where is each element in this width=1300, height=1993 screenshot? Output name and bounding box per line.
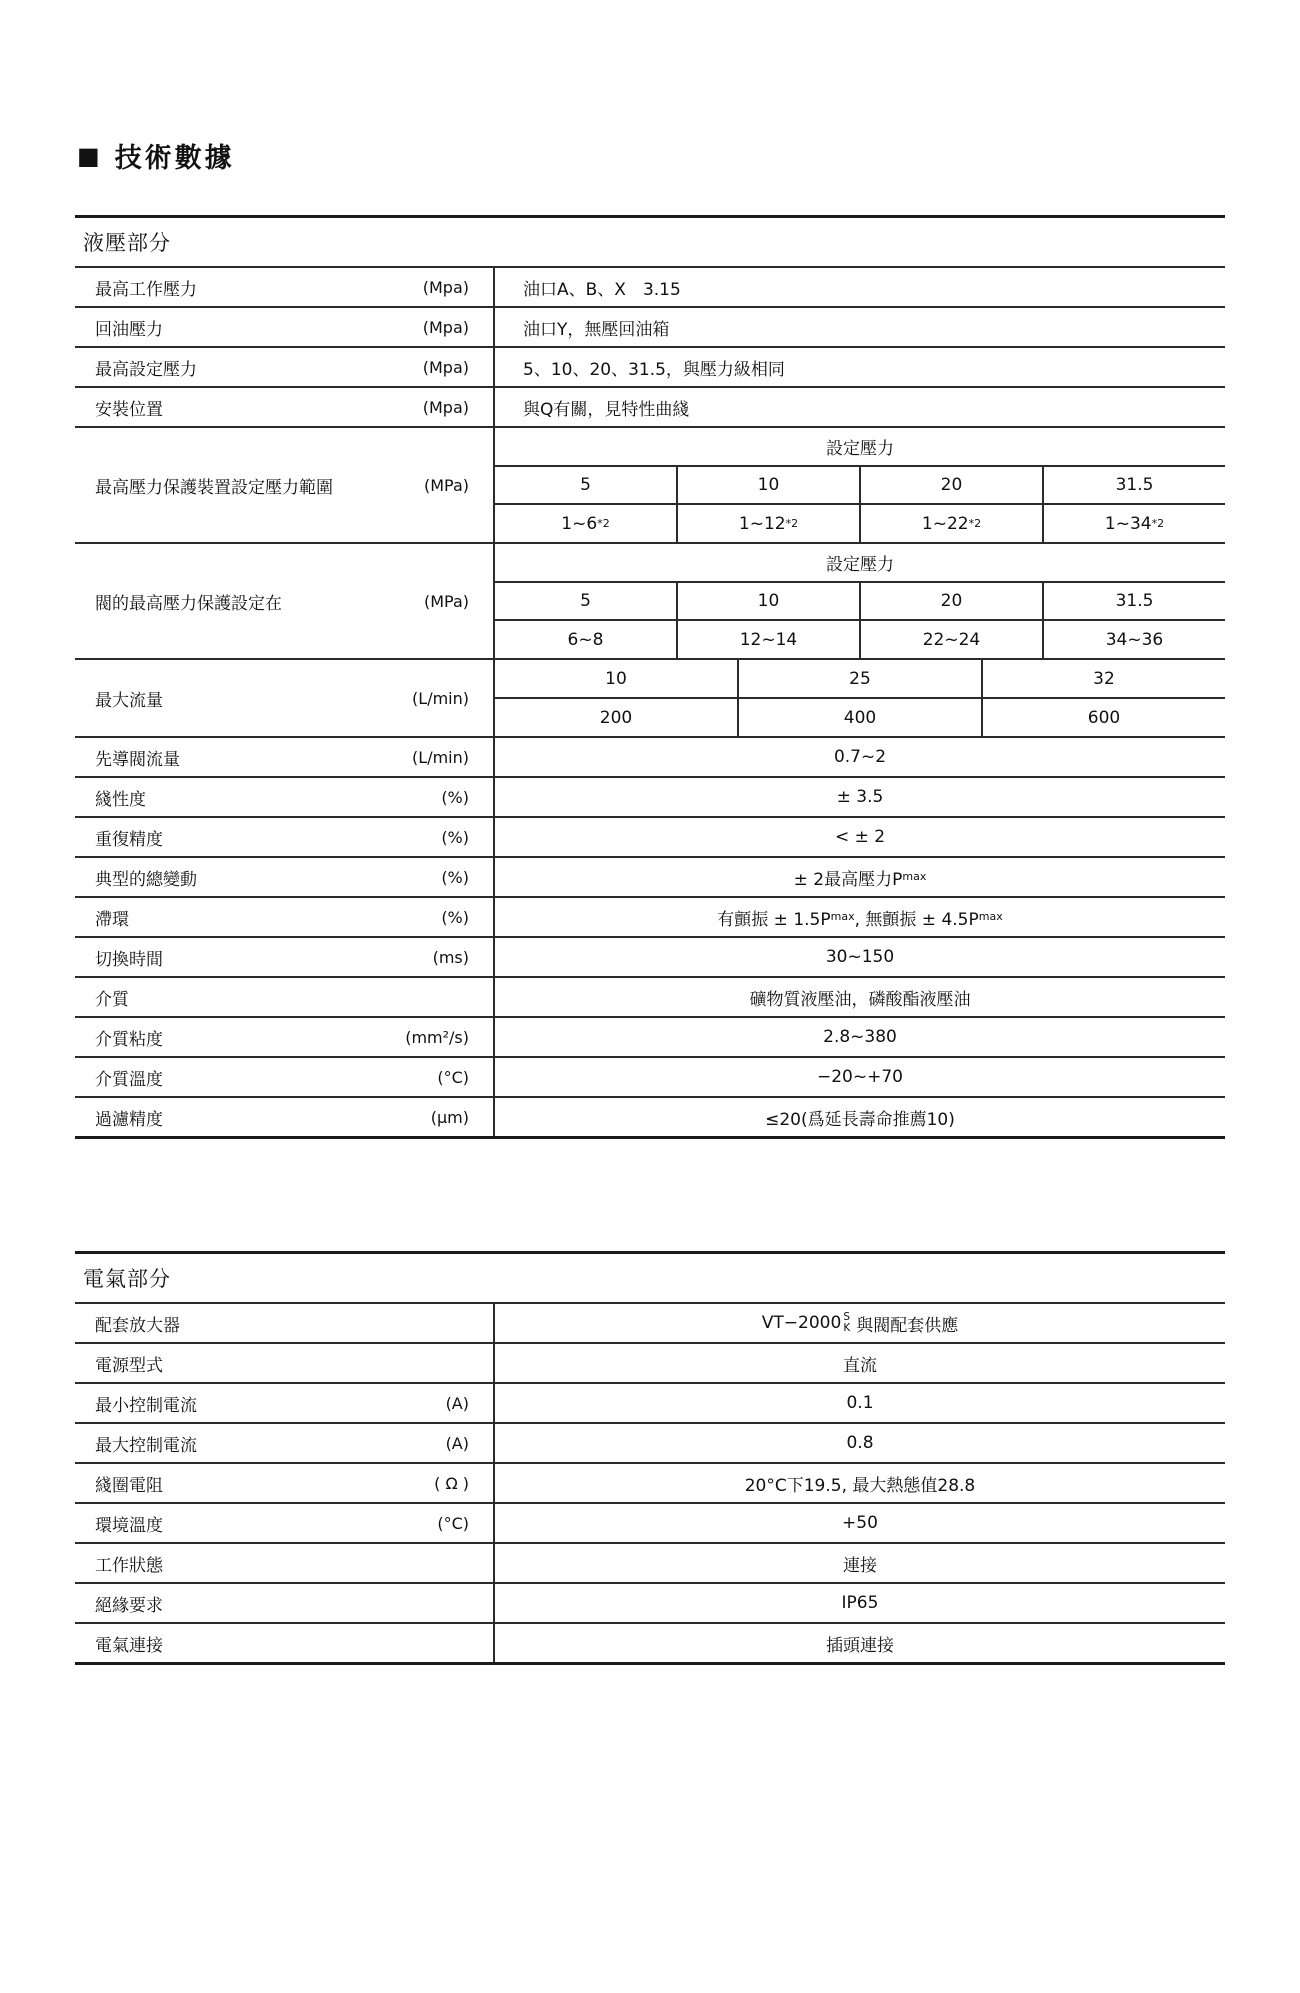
spec-row: 絕緣要求 IP65 — [75, 1584, 1225, 1624]
row-unit: (°C) — [437, 1514, 469, 1533]
range-base: 1~12 — [739, 514, 786, 534]
row-label-cell: 配套放大器 — [75, 1304, 495, 1342]
model-suffix-stack: SK — [843, 1312, 850, 1334]
spec-row: 最大控制電流 (A) 0.8 — [75, 1424, 1225, 1464]
row-label-cell: 過濾精度 (μm) — [75, 1098, 495, 1136]
valve-max-value: 6~8 — [495, 621, 678, 658]
row-label: 最大流量 — [95, 686, 163, 711]
row-label-cell: 安裝位置 (Mpa) — [75, 388, 495, 426]
max-flow-row: 最大流量 (L/min) 10 25 32 — [75, 660, 1225, 738]
row-unit: (MPa) — [424, 476, 469, 495]
spec-row: 綫圈電阻 ( Ω ) 20°C下19.5, 最大熱態值28.8 — [75, 1464, 1225, 1504]
pressure-grade-value: 10 — [678, 467, 861, 504]
spec-row: 切換時間 (ms) 30~150 — [75, 938, 1225, 978]
row-label: 絕緣要求 — [95, 1591, 163, 1616]
row-value: < ± 2 — [495, 818, 1225, 856]
row-label: 先導閥流量 — [95, 745, 180, 770]
row-label: 最小控制電流 — [95, 1391, 197, 1416]
hysteresis-with-dither: 有顫振 ± 1.5P — [717, 905, 830, 930]
spec-row: 介質粘度 (mm²/s) 2.8~380 — [75, 1018, 1225, 1058]
datasheet-page: ■ 技術數據 液壓部分 最高工作壓力 (Mpa) 油口A、B、X 3.15 回油… — [75, 136, 1225, 1665]
row-label: 滯環 — [95, 905, 129, 930]
pressure-range-value: 1~6*2 — [495, 505, 678, 542]
spec-row: 介質溫度 (°C) −20~+70 — [75, 1058, 1225, 1098]
row-value: 20°C下19.5, 最大熱態值28.8 — [495, 1464, 1225, 1502]
pressure-range-value: 1~22*2 — [861, 505, 1044, 542]
row-label: 綫性度 — [95, 785, 146, 810]
row-value: +50 — [495, 1504, 1225, 1542]
row-value: ≤20(爲延長壽命推薦10) — [495, 1098, 1225, 1136]
row-label: 最高工作壓力 — [95, 275, 197, 300]
hysteresis-row: 滯環 (%) 有顫振 ± 1.5Pmax, 無顫振 ± 4.5Pmax — [75, 898, 1225, 938]
row-label-cell: 回油壓力 (Mpa) — [75, 308, 495, 346]
page-title-text: 技術數據 — [115, 136, 235, 175]
pressure-grade-value: 5 — [495, 467, 678, 504]
row-label-cell: 介質粘度 (mm²/s) — [75, 1018, 495, 1056]
row-unit: (Mpa) — [423, 318, 469, 337]
pressure-range-subtable: 設定壓力 5 10 20 31.5 — [495, 428, 1225, 542]
spec-row: 介質 礦物質液壓油，磷酸酯液壓油 — [75, 978, 1225, 1018]
hysteresis-group: 滯環 (%) 有顫振 ± 1.5Pmax, 無顫振 ± 4.5Pmax — [75, 898, 1225, 938]
row-value: −20~+70 — [495, 1058, 1225, 1096]
row-label-cell: 最大流量 (L/min) — [75, 660, 495, 736]
row-label-cell: 環境溫度 (°C) — [75, 1504, 495, 1542]
pressure-grade-columns: 5 10 20 31.5 — [495, 467, 1225, 506]
valve-max-group: 閥的最高壓力保護設定在 (MPa) 設定壓力 5 10 20 3 — [75, 544, 1225, 660]
row-label: 介質溫度 — [95, 1065, 163, 1090]
flow-size-value: 25 — [739, 660, 983, 697]
pressure-range-group: 最高壓力保護裝置設定壓力範圍 (MPa) 設定壓力 5 10 20 — [75, 428, 1225, 544]
spec-row: 電氣連接 插頭連接 — [75, 1624, 1225, 1662]
amplifier-row: 配套放大器 VT−2000SK與閥配套供應 — [75, 1304, 1225, 1344]
row-label: 安裝位置 — [95, 395, 163, 420]
row-value: 油口Y，無壓回油箱 — [495, 308, 1225, 346]
row-label-cell: 典型的總變動 (%) — [75, 858, 495, 896]
row-label: 回油壓力 — [95, 315, 163, 340]
spec-row: 最小控制電流 (A) 0.1 — [75, 1384, 1225, 1424]
row-value: 連接 — [495, 1544, 1225, 1582]
electric-table: 電氣部分 配套放大器 VT−2000SK與閥配套供應 電源型式 — [75, 1251, 1225, 1665]
valve-max-value: 34~36 — [1044, 621, 1225, 658]
row-unit: (μm) — [431, 1108, 469, 1127]
spec-row: 環境溫度 (°C) +50 — [75, 1504, 1225, 1544]
hydraulic-tail-rows: 切換時間 (ms) 30~150 介質 礦物質液壓油，磷酸酯液壓油 介質粘 — [75, 938, 1225, 1136]
row-unit: (Mpa) — [423, 278, 469, 297]
row-label-cell: 介質 — [75, 978, 495, 1016]
pressure-grade-value: 31.5 — [1044, 467, 1225, 504]
row-value: VT−2000SK與閥配套供應 — [495, 1304, 1225, 1342]
model-sub: K — [843, 1323, 850, 1334]
row-value: ± 2最高壓力Pmax — [495, 858, 1225, 896]
spec-row: 電源型式 直流 — [75, 1344, 1225, 1384]
spec-row: 先導閥流量 (L/min) 0.7~2 — [75, 738, 1225, 778]
row-label-cell: 電氣連接 — [75, 1624, 495, 1662]
row-label-cell: 重復精度 (%) — [75, 818, 495, 856]
row-value: 30~150 — [495, 938, 1225, 976]
row-unit: ( Ω ) — [434, 1474, 469, 1493]
hysteresis-without-dither: , 無顫振 ± 4.5P — [855, 905, 979, 930]
spec-row: 安裝位置 (Mpa) 與Q有關，見特性曲綫 — [75, 388, 1225, 428]
electric-rows: 電源型式 直流 最小控制電流 (A) 0.1 最大控制電流 — [75, 1344, 1225, 1662]
row-label: 過濾精度 — [95, 1105, 163, 1130]
row-unit: (%) — [441, 868, 469, 887]
spec-row: 工作狀態 連接 — [75, 1544, 1225, 1584]
row-value: 油口A、B、X 3.15 — [495, 268, 1225, 306]
row-label: 工作狀態 — [95, 1551, 163, 1576]
pressure-grade-value: 5 — [495, 583, 678, 620]
row-value: 2.8~380 — [495, 1018, 1225, 1056]
flow-size-value: 32 — [983, 660, 1225, 697]
row-value: 直流 — [495, 1344, 1225, 1382]
valve-max-value: 12~14 — [678, 621, 861, 658]
row-unit: (%) — [441, 828, 469, 847]
row-label-cell: 綫性度 (%) — [75, 778, 495, 816]
row-label: 介質 — [95, 985, 129, 1010]
amplifier-group: 配套放大器 VT−2000SK與閥配套供應 — [75, 1304, 1225, 1344]
row-label-cell: 介質溫度 (°C) — [75, 1058, 495, 1096]
row-unit: (L/min) — [412, 689, 469, 708]
valve-max-subtable: 設定壓力 5 10 20 31.5 — [495, 544, 1225, 658]
pressure-range-value: 1~12*2 — [678, 505, 861, 542]
row-label: 閥的最高壓力保護設定在 — [95, 589, 282, 614]
row-value: 插頭連接 — [495, 1624, 1225, 1662]
valve-max-protection-row: 閥的最高壓力保護設定在 (MPa) 設定壓力 5 10 20 3 — [75, 544, 1225, 660]
amplifier-model: VT−2000 — [762, 1313, 842, 1333]
variation-group: 典型的總變動 (%) ± 2最高壓力Pmax — [75, 858, 1225, 898]
row-label-cell: 最高壓力保護裝置設定壓力範圍 (MPa) — [75, 428, 495, 542]
row-label: 最高設定壓力 — [95, 355, 197, 380]
spec-row: 最高設定壓力 (Mpa) 5、10、20、31.5，與壓力級相同 — [75, 348, 1225, 388]
pressure-grade-value: 31.5 — [1044, 583, 1225, 620]
pressure-grade-columns: 5 10 20 31.5 — [495, 583, 1225, 622]
max-flow-group: 最大流量 (L/min) 10 25 32 — [75, 660, 1225, 738]
set-pressure-header: 設定壓力 — [495, 428, 1225, 467]
flow-rate-columns: 200 400 600 — [495, 699, 1225, 736]
row-unit: (A) — [446, 1434, 469, 1453]
row-unit: (ms) — [433, 948, 469, 967]
hydraulic-mid-rows: 先導閥流量 (L/min) 0.7~2 綫性度 (%) ± 3.5 重復精度 — [75, 738, 1225, 858]
spec-row: 過濾精度 (μm) ≤20(爲延長壽命推薦10) — [75, 1098, 1225, 1136]
row-label-cell: 工作狀態 — [75, 1544, 495, 1582]
row-label: 綫圈電阻 — [95, 1471, 163, 1496]
range-base: 1~22 — [922, 514, 969, 534]
pressure-range-values: 1~6*2 1~12*2 1~22*2 1~3 — [495, 505, 1225, 542]
row-unit: (%) — [441, 908, 469, 927]
row-label: 最高壓力保護裝置設定壓力範圍 — [95, 473, 333, 498]
flow-size-value: 10 — [495, 660, 739, 697]
row-label-cell: 最小控制電流 (A) — [75, 1384, 495, 1422]
row-label-cell: 綫圈電阻 ( Ω ) — [75, 1464, 495, 1502]
row-label: 電氣連接 — [95, 1631, 163, 1656]
flow-rate-value: 200 — [495, 699, 739, 736]
flow-size-columns: 10 25 32 — [495, 660, 1225, 699]
variation-text: ± 2最高壓力P — [794, 865, 903, 890]
range-base: 1~6 — [561, 514, 597, 534]
valve-max-value: 22~24 — [861, 621, 1044, 658]
spec-row: 重復精度 (%) < ± 2 — [75, 818, 1225, 858]
row-label: 典型的總變動 — [95, 865, 197, 890]
flow-rate-value: 400 — [739, 699, 983, 736]
row-unit: (A) — [446, 1394, 469, 1413]
typical-variation-row: 典型的總變動 (%) ± 2最高壓力Pmax — [75, 858, 1225, 898]
range-base: 1~34 — [1105, 514, 1152, 534]
row-unit: (L/min) — [412, 748, 469, 767]
hydraulic-section-title: 液壓部分 — [75, 218, 1225, 268]
row-label: 最大控制電流 — [95, 1431, 197, 1456]
pressure-range-value: 1~34*2 — [1044, 505, 1225, 542]
max-flow-subtable: 10 25 32 200 400 600 — [495, 660, 1225, 736]
amplifier-note: 與閥配套供應 — [856, 1311, 958, 1336]
set-pressure-header: 設定壓力 — [495, 544, 1225, 583]
pressure-grade-value: 20 — [861, 467, 1044, 504]
hydraulic-table: 液壓部分 最高工作壓力 (Mpa) 油口A、B、X 3.15 回油壓力 (Mpa… — [75, 215, 1225, 1139]
row-label-cell: 閥的最高壓力保護設定在 (MPa) — [75, 544, 495, 658]
row-label: 介質粘度 — [95, 1025, 163, 1050]
row-label-cell: 切換時間 (ms) — [75, 938, 495, 976]
row-value: ± 3.5 — [495, 778, 1225, 816]
row-value: 0.1 — [495, 1384, 1225, 1422]
row-unit: (°C) — [437, 1068, 469, 1087]
row-value: 5、10、20、31.5，與壓力級相同 — [495, 348, 1225, 386]
valve-max-values: 6~8 12~14 22~24 34~36 — [495, 621, 1225, 658]
row-label: 環境溫度 — [95, 1511, 163, 1536]
hydraulic-top-rows: 最高工作壓力 (Mpa) 油口A、B、X 3.15 回油壓力 (Mpa) 油口Y… — [75, 268, 1225, 428]
row-label-cell: 滯環 (%) — [75, 898, 495, 936]
row-value: 0.7~2 — [495, 738, 1225, 776]
pressure-grade-value: 10 — [678, 583, 861, 620]
spec-row: 回油壓力 (Mpa) 油口Y，無壓回油箱 — [75, 308, 1225, 348]
row-label-cell: 最高工作壓力 (Mpa) — [75, 268, 495, 306]
row-unit: (Mpa) — [423, 358, 469, 377]
spec-row: 綫性度 (%) ± 3.5 — [75, 778, 1225, 818]
row-label-cell: 最大控制電流 (A) — [75, 1424, 495, 1462]
page-title: ■ 技術數據 — [77, 136, 1225, 175]
row-value: 礦物質液壓油，磷酸酯液壓油 — [495, 978, 1225, 1016]
electric-section-title: 電氣部分 — [75, 1254, 1225, 1304]
row-value: 有顫振 ± 1.5Pmax, 無顫振 ± 4.5Pmax — [495, 898, 1225, 936]
row-unit: (Mpa) — [423, 398, 469, 417]
black-square-icon: ■ — [77, 144, 103, 168]
pressure-grade-value: 20 — [861, 583, 1044, 620]
row-label: 重復精度 — [95, 825, 163, 850]
pressure-range-row: 最高壓力保護裝置設定壓力範圍 (MPa) 設定壓力 5 10 20 — [75, 428, 1225, 544]
row-label-cell: 最高設定壓力 (Mpa) — [75, 348, 495, 386]
spec-row: 最高工作壓力 (Mpa) 油口A、B、X 3.15 — [75, 268, 1225, 308]
row-label: 配套放大器 — [95, 1311, 180, 1336]
row-label: 切換時間 — [95, 945, 163, 970]
row-value: IP65 — [495, 1584, 1225, 1622]
row-label-cell: 電源型式 — [75, 1344, 495, 1382]
row-unit: (%) — [441, 788, 469, 807]
row-unit: (MPa) — [424, 592, 469, 611]
row-label: 電源型式 — [95, 1351, 163, 1376]
row-value: 與Q有關，見特性曲綫 — [495, 388, 1225, 426]
flow-rate-value: 600 — [983, 699, 1225, 736]
row-value: 0.8 — [495, 1424, 1225, 1462]
row-unit: (mm²/s) — [405, 1028, 469, 1047]
row-label-cell: 絕緣要求 — [75, 1584, 495, 1622]
row-label-cell: 先導閥流量 (L/min) — [75, 738, 495, 776]
